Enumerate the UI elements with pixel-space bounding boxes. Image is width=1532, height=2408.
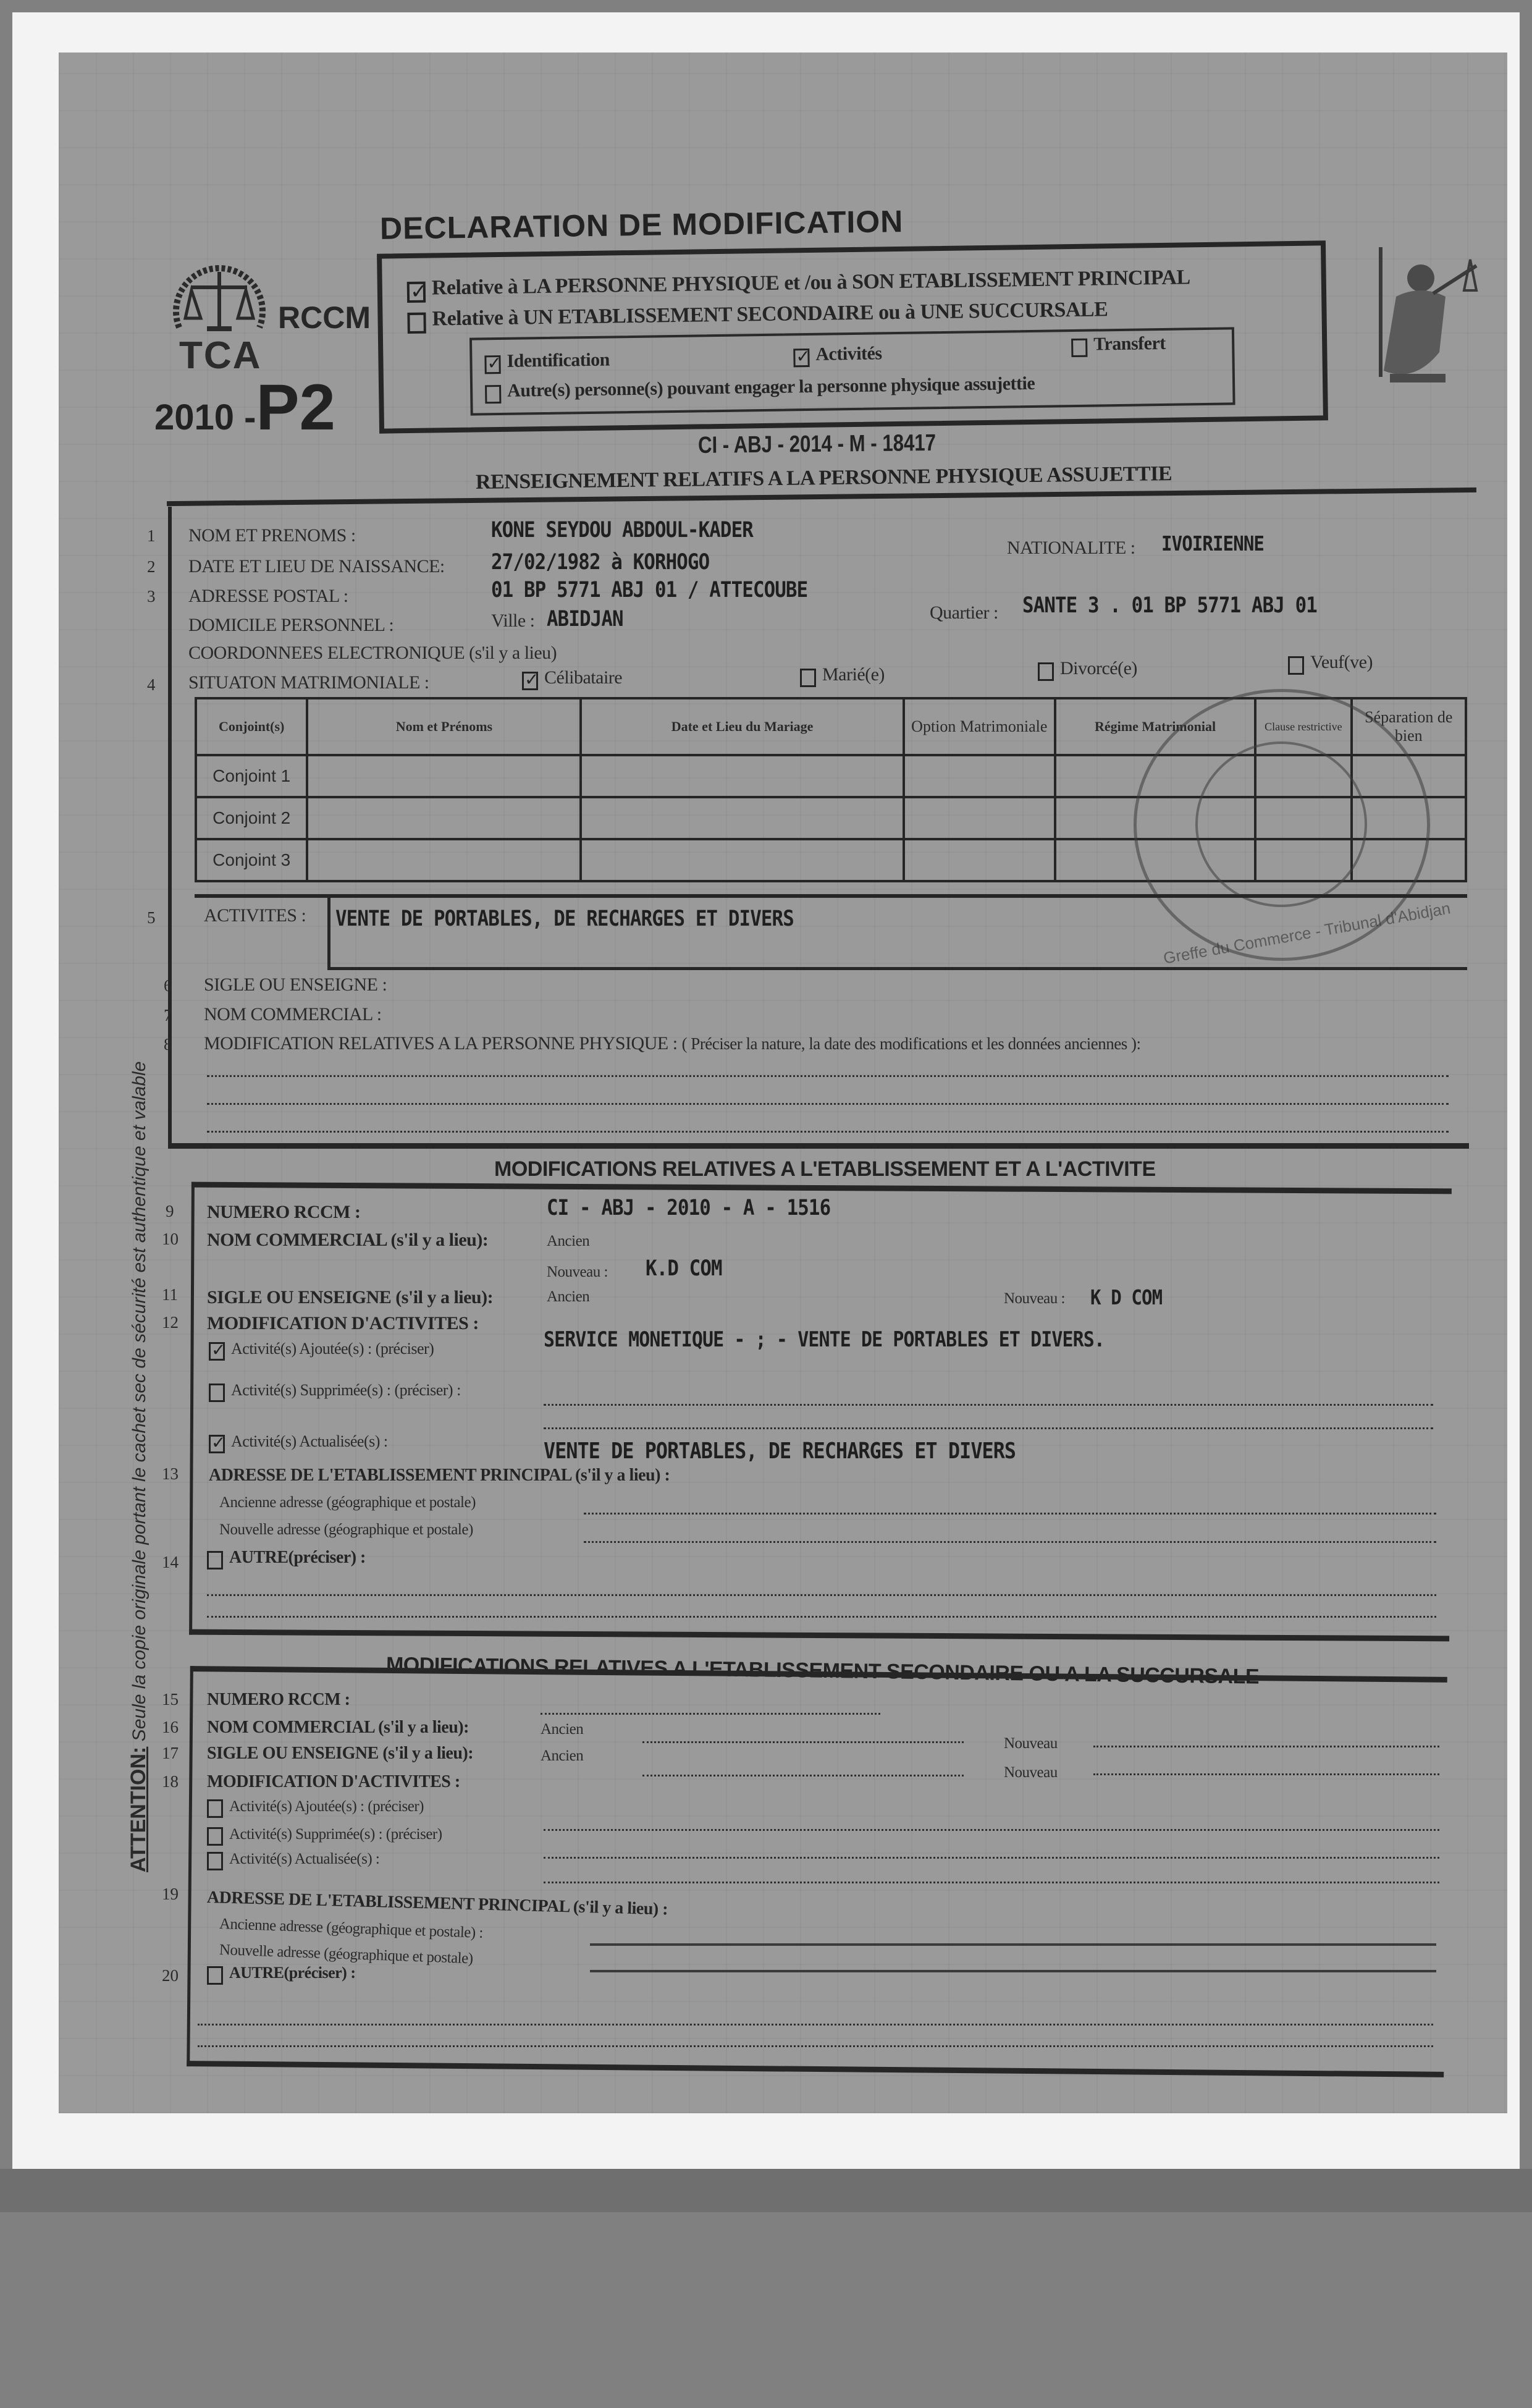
tca-logo: TCA — [167, 253, 272, 383]
adresse-label: ADRESSE POSTAL : — [188, 586, 348, 607]
line-number: 2 — [147, 557, 156, 577]
nouvelle-adresse-label: Nouvelle adresse (géographique et postal… — [219, 1521, 473, 1539]
activite-actualisee[interactable]: Activité(s) Actualisée(s) : — [207, 1851, 379, 1870]
checkbox-activite-ajoutee[interactable] — [207, 1799, 223, 1818]
scanner-bed-edge — [0, 2169, 1532, 2212]
line-number: 19 — [162, 1885, 179, 1904]
marital-marie[interactable]: Marié(e) — [800, 664, 885, 687]
lady-justice-icon — [1347, 235, 1489, 395]
cell[interactable] — [307, 797, 581, 839]
cell[interactable] — [307, 755, 581, 797]
cell[interactable] — [581, 797, 903, 839]
side-notice: ATTENTION: Seule la copie originale port… — [127, 1062, 151, 1872]
entry-line[interactable] — [541, 1713, 880, 1715]
activite-ajoutee[interactable]: Activité(s) Ajoutée(s) : (préciser) — [209, 1340, 434, 1361]
document-title: DECLARATION DE MODIFICATION — [380, 203, 904, 247]
option-etablissement-secondaire[interactable]: Relative à UN ETABLISSEMENT SECONDAIRE o… — [407, 298, 1108, 334]
option-label: Relative à LA PERSONNE PHYSIQUE et /ou à… — [432, 266, 1190, 299]
col-header: Date et Lieu du Mariage — [581, 698, 903, 755]
stamp-inner-ring — [1195, 741, 1367, 907]
row-label: Conjoint 2 — [196, 797, 307, 839]
entry-line[interactable] — [544, 1427, 1433, 1429]
nom-commercial-label: NOM COMMERCIAL : — [204, 1004, 382, 1025]
cell[interactable] — [581, 839, 903, 881]
section2-title: MODIFICATIONS RELATIVES A L'ETABLISSEMEN… — [494, 1157, 1156, 1181]
side-notice-text: Seule la copie originale portant le cach… — [129, 1062, 149, 1742]
sigle-label: SIGLE OU ENSEIGNE (s'il y a lieu): — [207, 1287, 493, 1308]
checkbox-identification[interactable] — [484, 355, 500, 374]
col-header: Option Matrimoniale — [904, 698, 1055, 755]
ville-label: Ville : — [491, 610, 535, 632]
sigle-nouveau[interactable]: K D COM — [1090, 1285, 1162, 1309]
entry-line[interactable] — [207, 1131, 1449, 1133]
form-code-prefix: 2010 - — [154, 397, 256, 437]
line-number: 6 — [164, 976, 172, 995]
checkbox-activites[interactable] — [793, 349, 809, 367]
cell[interactable] — [307, 839, 581, 881]
ancien-label: Ancien — [547, 1288, 589, 1306]
checkbox-transfert[interactable] — [1071, 339, 1087, 357]
ville-value[interactable]: ABIDJAN — [547, 607, 623, 632]
line-number: 17 — [162, 1744, 179, 1763]
autre-label: AUTRE(préciser) : — [229, 1964, 356, 1982]
line-number: 8 — [164, 1035, 172, 1054]
checkbox-activite-actualisee[interactable] — [207, 1852, 223, 1870]
checkbox-activite-supprimee[interactable] — [209, 1384, 225, 1402]
coordonnees-label: COORDONNEES ELECTRONIQUE (s'il y a lieu) — [188, 643, 557, 664]
autre-option[interactable]: AUTRE(préciser) : — [207, 1548, 366, 1569]
line-number: 20 — [162, 1966, 179, 1985]
col-header: Nom et Prénoms — [307, 698, 581, 755]
form-code-value: P2 — [256, 371, 335, 444]
activites-box[interactable]: VENTE DE PORTABLES, DE RECHARGES ET DIVE… — [327, 895, 1467, 970]
activites-value: VENTE DE PORTABLES, DE RECHARGES ET DIVE… — [335, 906, 794, 931]
numero-rccm-value[interactable]: CI - ABJ - 2010 - A - 1516 — [547, 1196, 830, 1220]
nouveau-label: Nouveau : — [1004, 1290, 1065, 1308]
checkbox-autre[interactable] — [207, 1551, 223, 1569]
marital-veuf[interactable]: Veuf(ve) — [1288, 652, 1373, 675]
ancien-label: Ancien — [541, 1721, 583, 1738]
checkbox-activite-supprimee[interactable] — [207, 1827, 223, 1846]
line-number: 3 — [147, 587, 156, 606]
numero-rccm-label: NUMERO RCCM : — [207, 1690, 350, 1710]
cell[interactable] — [904, 839, 1055, 881]
entry-line[interactable] — [544, 1882, 1439, 1883]
entry-line[interactable] — [198, 2024, 1433, 2026]
checkbox-marie[interactable] — [800, 669, 816, 687]
checkbox-divorce[interactable] — [1038, 662, 1054, 681]
entry-line[interactable] — [584, 1513, 1436, 1515]
naissance-label: DATE ET LIEU DE NAISSANCE: — [188, 556, 445, 577]
marital-label: Veuf(ve) — [1310, 652, 1373, 672]
option-identification[interactable]: Identification — [484, 349, 610, 374]
modif-activites-label: MODIFICATION D'ACTIVITES : — [207, 1772, 460, 1792]
numero-rccm-label: NUMERO RCCM : — [207, 1202, 360, 1223]
checkbox-autres-personnes[interactable] — [485, 385, 501, 403]
activite-label: Activité(s) Supprimée(s) : (préciser) — [229, 1826, 442, 1843]
entry-line[interactable] — [642, 1741, 964, 1743]
line-number: 4 — [147, 675, 156, 695]
line-number: 5 — [147, 908, 156, 927]
adresse-etablissement-label: ADRESSE DE L'ETABLISSEMENT PRINCIPAL (s'… — [209, 1466, 670, 1485]
entry-line[interactable] — [590, 1970, 1436, 1972]
nom-commercial-nouveau[interactable]: K.D COM — [646, 1256, 722, 1281]
entry-line[interactable] — [207, 1103, 1449, 1105]
modification-hint: ( Préciser la nature, la date des modifi… — [682, 1034, 1141, 1053]
quartier-value[interactable]: SANTE 3 . 01 BP 5771 ABJ 01 — [1022, 593, 1317, 618]
entry-line[interactable] — [1093, 1746, 1439, 1747]
checkbox-autre[interactable] — [207, 1966, 223, 1985]
marital-label: Divorcé(e) — [1060, 658, 1137, 678]
activite-supprimee[interactable]: Activité(s) Supprimée(s) : (préciser) — [207, 1826, 442, 1846]
option-autres-personnes[interactable]: Autre(s) personne(s) pouvant engager la … — [485, 373, 1035, 404]
line-number: 7 — [164, 1006, 172, 1025]
marital-label: Marié(e) — [822, 664, 885, 685]
marital-label: Célibataire — [544, 667, 622, 688]
entry-line[interactable] — [584, 1541, 1436, 1543]
modification-label: MODIFICATION RELATIVES A LA PERSONNE PHY… — [204, 1033, 1141, 1054]
autre-option[interactable]: AUTRE(préciser) : — [207, 1964, 356, 1985]
activite-label: Activité(s) Supprimée(s) : (préciser) : — [231, 1381, 461, 1399]
activite-ajoutee-value[interactable]: SERVICE MONETIQUE - ; - VENTE DE PORTABL… — [544, 1327, 1105, 1352]
line-number: 15 — [162, 1690, 179, 1709]
adresse-value[interactable]: 01 BP 5771 ABJ 01 / ATTECOUBE — [491, 578, 807, 602]
activite-actualisee-value[interactable]: VENTE DE PORTABLES, DE RECHARGES ET DIVE… — [544, 1438, 1016, 1464]
modification-title: MODIFICATION RELATIVES A LA PERSONNE PHY… — [204, 1033, 678, 1054]
cell[interactable] — [904, 797, 1055, 839]
nom-commercial-label: NOM COMMERCIAL (s'il y a lieu): — [207, 1718, 469, 1738]
entry-line[interactable] — [207, 1075, 1449, 1077]
entry-line[interactable] — [590, 1943, 1436, 1946]
checkbox-celibataire[interactable] — [522, 672, 538, 690]
line-number: 12 — [162, 1313, 179, 1332]
option-personne-physique[interactable]: Relative à LA PERSONNE PHYSIQUE et /ou à… — [407, 266, 1190, 303]
activite-label: Activité(s) Actualisée(s) : — [231, 1432, 388, 1450]
checkbox-activite-actualisee[interactable] — [209, 1435, 225, 1453]
checkbox-veuf[interactable] — [1288, 656, 1304, 675]
line-number: 9 — [166, 1202, 174, 1221]
nationalite-label: NATIONALITE : — [1007, 538, 1135, 559]
option-label: Autre(s) personne(s) pouvant engager la … — [507, 373, 1035, 401]
declaration-type-box: Relative à LA PERSONNE PHYSIQUE et /ou à… — [377, 240, 1328, 433]
checkbox-activite-ajoutee[interactable] — [209, 1342, 225, 1361]
activites-label: ACTIVITES : — [204, 905, 306, 926]
line-number: 16 — [162, 1718, 179, 1737]
autre-label: AUTRE(préciser) : — [229, 1548, 366, 1567]
lady-justice-emblem — [1347, 235, 1489, 395]
quartier-label: Quartier : — [930, 602, 998, 623]
situation-label: SITUATON MATRIMONIALE : — [188, 672, 429, 693]
line-number: 11 — [162, 1285, 178, 1304]
entry-line[interactable] — [544, 1404, 1433, 1406]
reference-number: CI - ABJ - 2014 - M - 18417 — [698, 430, 936, 459]
nouveau-label: Nouveau — [1004, 1764, 1058, 1781]
option-label: Relative à UN ETABLISSEMENT SECONDAIRE o… — [432, 298, 1108, 330]
nom-value[interactable]: KONE SEYDOU ABDOUL-KADER — [491, 518, 753, 543]
nouveau-label: Nouveau — [1004, 1735, 1058, 1752]
activite-label: Activité(s) Actualisée(s) : — [229, 1851, 379, 1867]
line-number: 18 — [162, 1772, 179, 1791]
sigle-label: SIGLE OU ENSEIGNE : — [204, 974, 387, 995]
entry-line[interactable] — [198, 2045, 1433, 2047]
sub-options-box: Identification Activités Transfert Autre… — [469, 327, 1235, 415]
activite-ajoutee[interactable]: Activité(s) Ajoutée(s) : (préciser) — [207, 1798, 424, 1818]
ancien-label: Ancien — [547, 1233, 589, 1250]
activite-actualisee[interactable]: Activité(s) Actualisée(s) : — [209, 1432, 388, 1453]
entry-line[interactable] — [1093, 1773, 1439, 1775]
entry-line[interactable] — [642, 1775, 964, 1776]
cell[interactable] — [581, 755, 903, 797]
checkbox-etablissement-secondaire[interactable] — [407, 313, 426, 334]
option-transfert[interactable]: Transfert — [1071, 333, 1166, 357]
line-number: 10 — [162, 1230, 179, 1249]
col-header: Conjoint(s) — [196, 698, 307, 755]
nouveau-label: Nouveau : — [547, 1264, 608, 1281]
option-activites[interactable]: Activités — [793, 343, 882, 367]
cell[interactable] — [904, 755, 1055, 797]
domicile-label: DOMICILE PERSONNEL : — [188, 615, 394, 636]
entry-line[interactable] — [207, 1594, 1436, 1596]
ancienne-adresse-label: Ancienne adresse (géographique et postal… — [219, 1494, 476, 1511]
entry-line[interactable] — [207, 1616, 1436, 1618]
option-label: Identification — [507, 349, 610, 371]
marital-celibataire[interactable]: Célibataire — [522, 667, 622, 690]
sigle-label: SIGLE OU ENSEIGNE (s'il y a lieu): — [207, 1744, 473, 1764]
side-notice-attention: ATTENTION: — [127, 1747, 150, 1872]
nationalite-value[interactable]: IVOIRIENNE — [1161, 531, 1264, 556]
line-number: 13 — [162, 1464, 179, 1484]
entry-line[interactable] — [544, 1857, 1439, 1859]
ancien-label: Ancien — [541, 1747, 583, 1765]
nom-commercial-label: NOM COMMERCIAL (s'il y a lieu): — [207, 1230, 488, 1251]
activite-label: Activité(s) Ajoutée(s) : (préciser) — [229, 1798, 424, 1815]
option-label: Activités — [815, 343, 882, 364]
activite-label: Activité(s) Ajoutée(s) : (préciser) — [231, 1340, 434, 1358]
row-label: Conjoint 3 — [196, 839, 307, 881]
activite-supprimee[interactable]: Activité(s) Supprimée(s) : (préciser) : — [209, 1381, 461, 1402]
section2-box — [189, 1182, 1452, 1642]
form-code: 2010 -P2 — [154, 371, 335, 445]
modif-activites-label: MODIFICATION D'ACTIVITES : — [207, 1313, 479, 1334]
option-label: Transfert — [1093, 333, 1166, 355]
naissance-value[interactable]: 27/02/1982 à KORHOGO — [491, 550, 709, 575]
line-number: 1 — [147, 526, 156, 546]
marital-divorce[interactable]: Divorcé(e) — [1038, 658, 1137, 681]
nom-label: NOM ET PRENOMS : — [188, 525, 356, 546]
checkbox-personne-physique[interactable] — [407, 282, 426, 303]
line-number: 14 — [162, 1553, 179, 1572]
registry-label: RCCM — [278, 300, 371, 336]
entry-line[interactable] — [544, 1829, 1439, 1831]
row-label: Conjoint 1 — [196, 755, 307, 797]
